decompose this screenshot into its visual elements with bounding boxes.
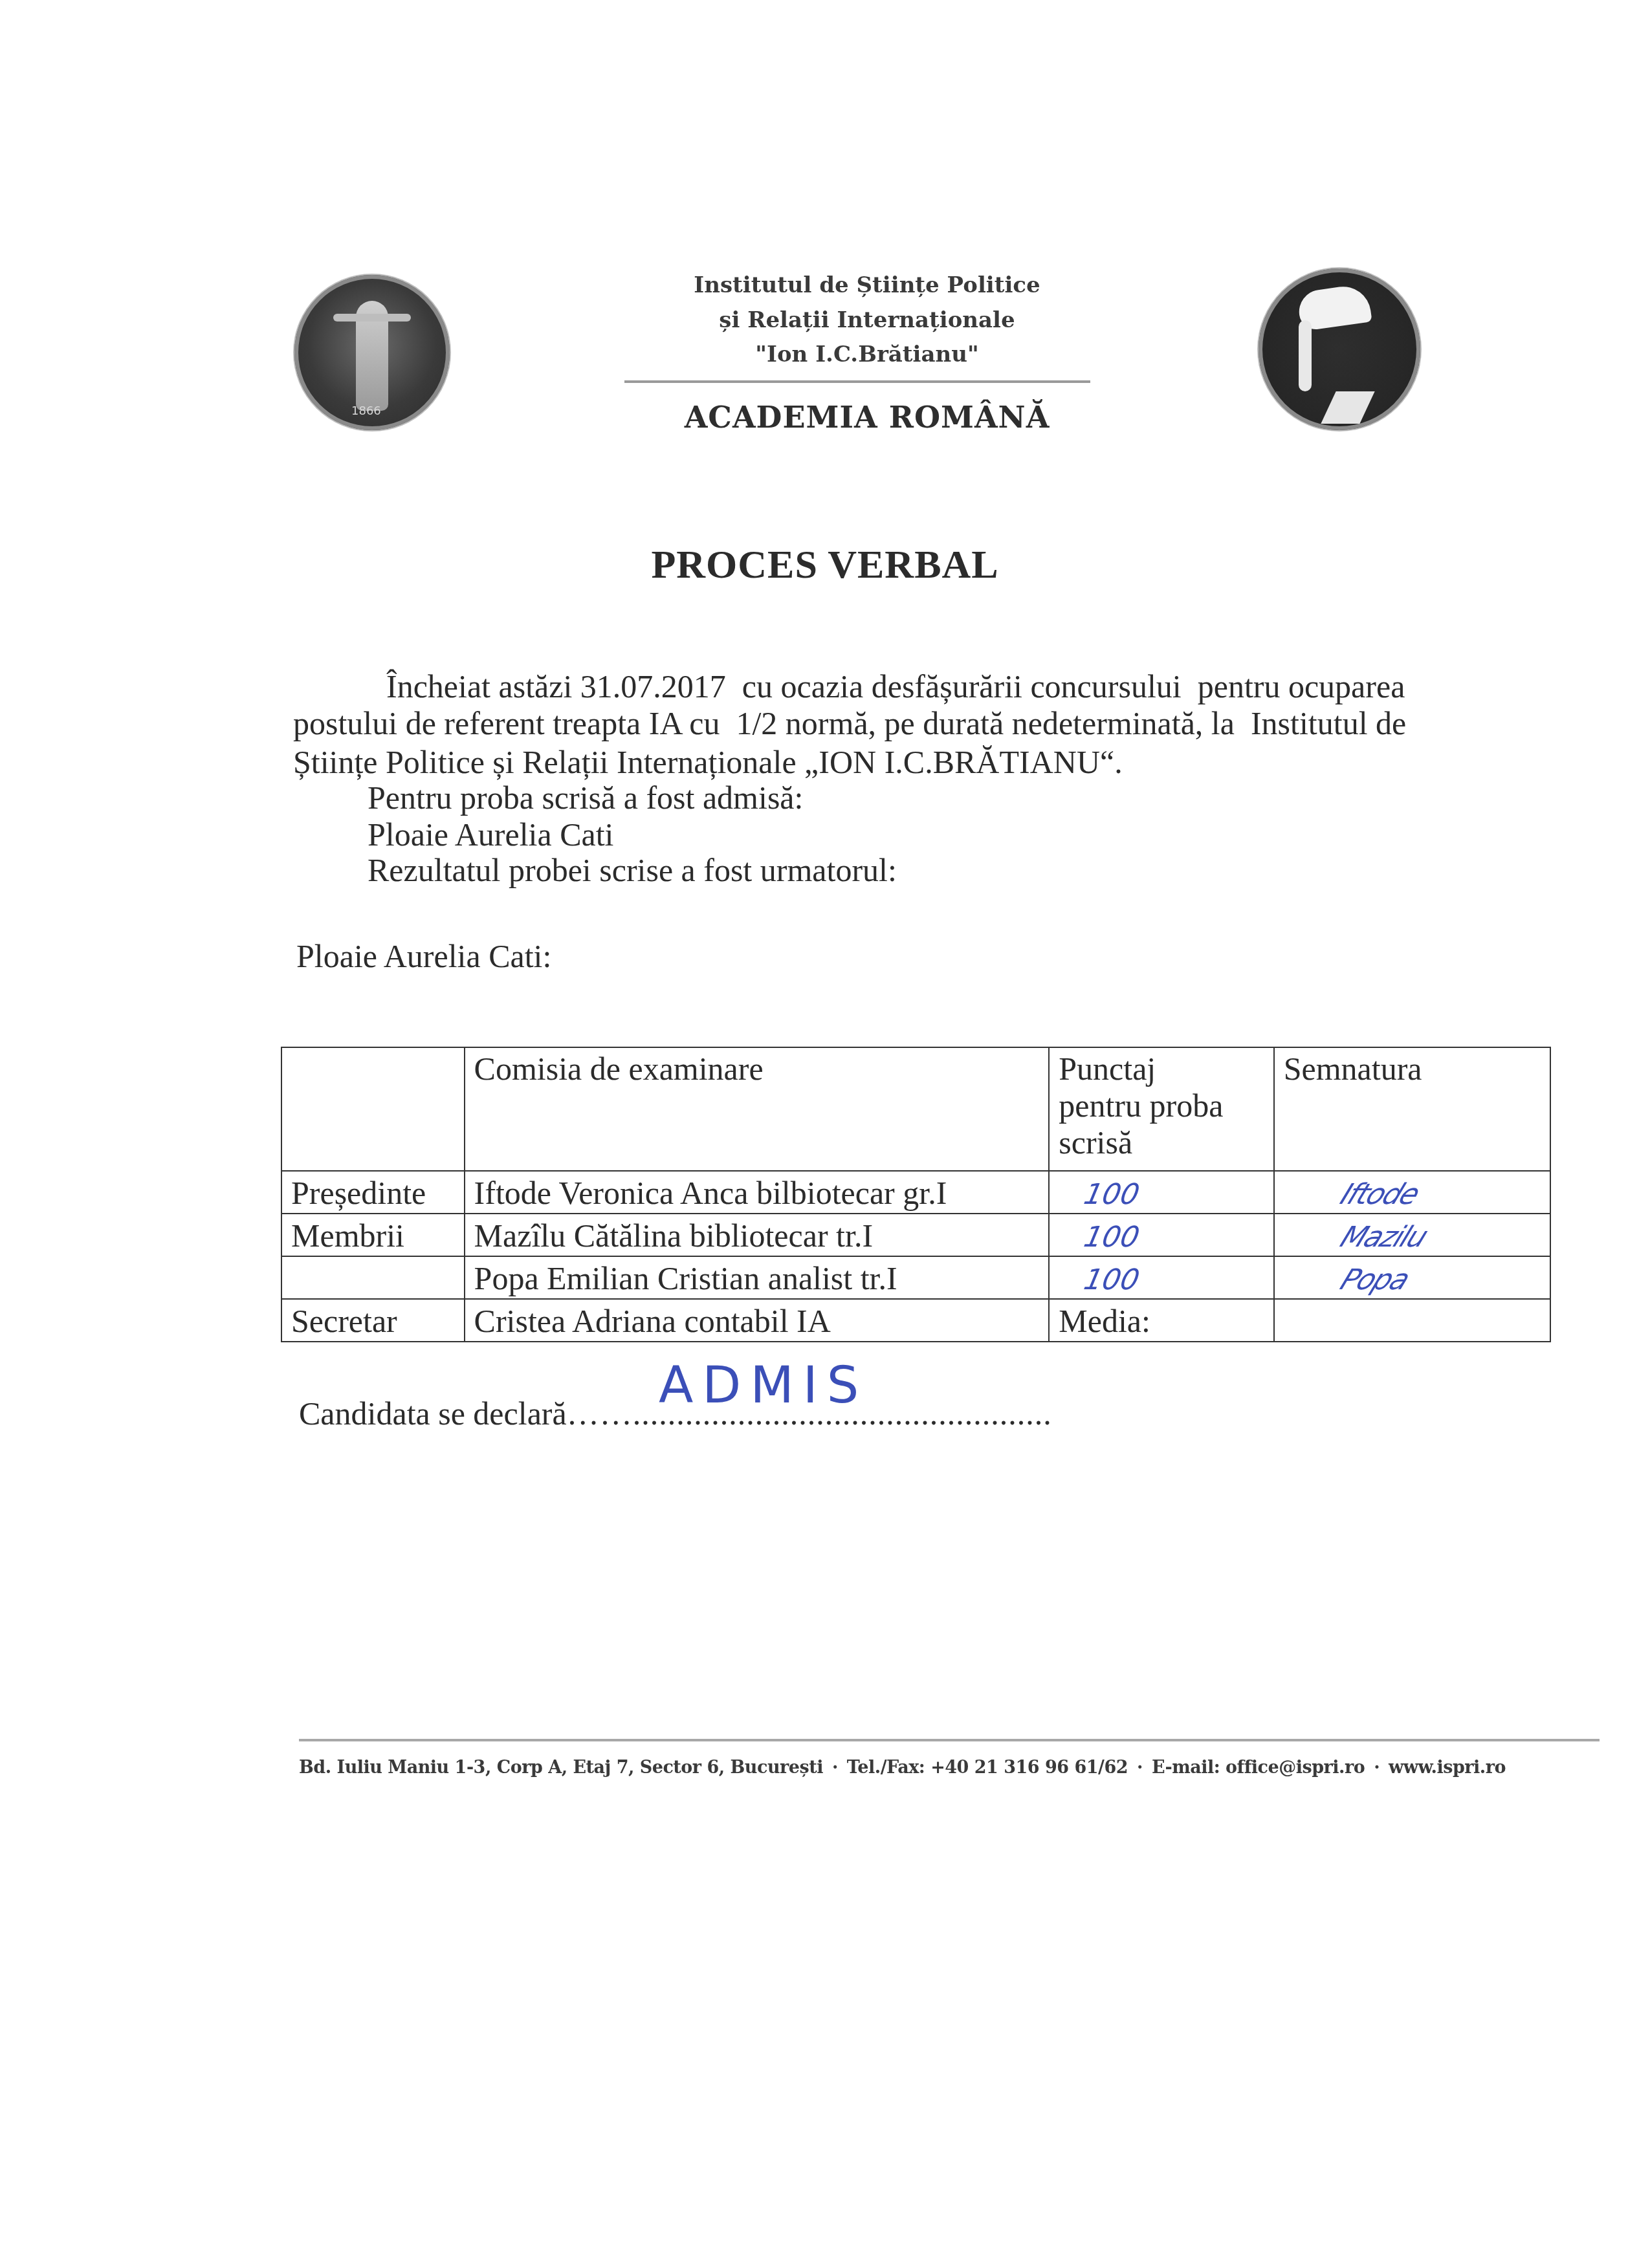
- declaration-label: Candidata se declară: [299, 1395, 567, 1432]
- footer-separator: ·: [1128, 1758, 1152, 1778]
- signature-cell: Iftode: [1274, 1171, 1550, 1214]
- footer-phone: Tel./Fax: +40 21 316 96 61/62: [847, 1758, 1128, 1778]
- table-row: Popa Emilian Cristian analist tr.I 100 P…: [281, 1256, 1550, 1299]
- footer-website: www.ispri.ro: [1389, 1758, 1506, 1778]
- handwritten-signature: Mazilu: [1277, 1221, 1432, 1254]
- academy-name: ACADEMIA ROMÂNĂ: [621, 400, 1113, 435]
- footer-separator: ·: [1365, 1758, 1389, 1778]
- institute-name-line-3: "Ion I.C.Brătianu": [621, 343, 1113, 365]
- signature-cell: [1274, 1299, 1550, 1342]
- handwritten-score: 100: [1055, 1264, 1143, 1296]
- table-row: Secretar Cristea Adriana contabil IA Med…: [281, 1299, 1550, 1342]
- header-role: [281, 1047, 465, 1171]
- body-line-6: Rezultatul probei scrise a fost urmatoru…: [368, 854, 897, 886]
- score-cell: 100: [1049, 1256, 1273, 1299]
- body-line-1: Încheiat astăzi 31.07.2017 cu ocazia des…: [386, 670, 1405, 703]
- handwritten-verdict: ADMIS: [659, 1357, 868, 1415]
- average-label-cell: Media:: [1049, 1299, 1273, 1342]
- header-score: Punctaj pentru proba scrisă: [1049, 1047, 1273, 1171]
- body-line-4: Pentru proba scrisă a fost admisă:: [368, 781, 803, 814]
- seal-arms: [333, 314, 411, 322]
- header-score-line-1: Punctaj: [1059, 1051, 1264, 1087]
- header-score-line-3: scrisă: [1059, 1124, 1264, 1161]
- table-header-row: Comisia de examinare Punctaj pentru prob…: [281, 1047, 1550, 1171]
- committee-table: Comisia de examinare Punctaj pentru prob…: [281, 1047, 1551, 1342]
- signature-cell: Popa: [1274, 1256, 1550, 1299]
- header-committee: Comisia de examinare: [465, 1047, 1050, 1171]
- member-cell: Iftode Veronica Anca bilbiotecar gr.I: [465, 1171, 1050, 1214]
- table-row: Membrii Mazîlu Cătălina bibliotecar tr.I…: [281, 1214, 1550, 1256]
- role-cell: Secretar: [281, 1299, 465, 1342]
- candidate-label: Ploaie Aurelia Cati:: [296, 940, 551, 972]
- admitted-candidate: Ploaie Aurelia Cati: [368, 818, 613, 851]
- member-cell: Mazîlu Cătălina bibliotecar tr.I: [465, 1214, 1050, 1256]
- document-title: PROCES VERBAL: [0, 542, 1650, 588]
- body-line-2: postului de referent treapta IA cu 1/2 n…: [293, 707, 1406, 739]
- footer-email: E-mail: office@ispri.ro: [1152, 1758, 1365, 1778]
- institute-name-line-1: Institutul de Științe Politice: [621, 274, 1113, 296]
- signature-cell: Mazilu: [1274, 1214, 1550, 1256]
- header-signature: Semnatura: [1274, 1047, 1550, 1171]
- institute-name-line-2: și Relații Internaționale: [621, 309, 1113, 331]
- footer-divider: [299, 1739, 1600, 1741]
- handwritten-signature: Iftode: [1277, 1179, 1424, 1211]
- member-cell: Popa Emilian Cristian analist tr.I: [465, 1256, 1050, 1299]
- footer-address: Bd. Iuliu Maniu 1-3, Corp A, Etaj 7, Sec…: [299, 1758, 823, 1778]
- bratianu-portrait-icon: [1259, 268, 1420, 430]
- role-cell: Președinte: [281, 1171, 465, 1214]
- body-line-3: Științe Politice și Relații Internaționa…: [293, 746, 1123, 778]
- score-cell: 100: [1049, 1171, 1273, 1214]
- table-row: Președinte Iftode Veronica Anca bilbiote…: [281, 1171, 1550, 1214]
- footer-contact: Bd. Iuliu Maniu 1-3, Corp A, Etaj 7, Sec…: [299, 1758, 1600, 1778]
- handwritten-signature: Popa: [1277, 1264, 1414, 1296]
- footer-separator: ·: [823, 1758, 847, 1778]
- seal-year: 1866: [351, 404, 381, 418]
- handwritten-score: 100: [1055, 1179, 1143, 1211]
- role-cell: [281, 1256, 465, 1299]
- declaration-dots-before: ……: [567, 1395, 633, 1432]
- header-score-line-2: pentru proba: [1059, 1087, 1264, 1124]
- portrait-collar: [1321, 391, 1374, 424]
- handwritten-score: 100: [1055, 1221, 1143, 1254]
- role-cell: Membrii: [281, 1214, 465, 1256]
- academia-romana-seal-icon: 1866: [294, 275, 450, 430]
- score-cell: 100: [1049, 1214, 1273, 1256]
- portrait-face: [1299, 320, 1312, 391]
- header-divider: [624, 380, 1090, 383]
- member-cell: Cristea Adriana contabil IA: [465, 1299, 1050, 1342]
